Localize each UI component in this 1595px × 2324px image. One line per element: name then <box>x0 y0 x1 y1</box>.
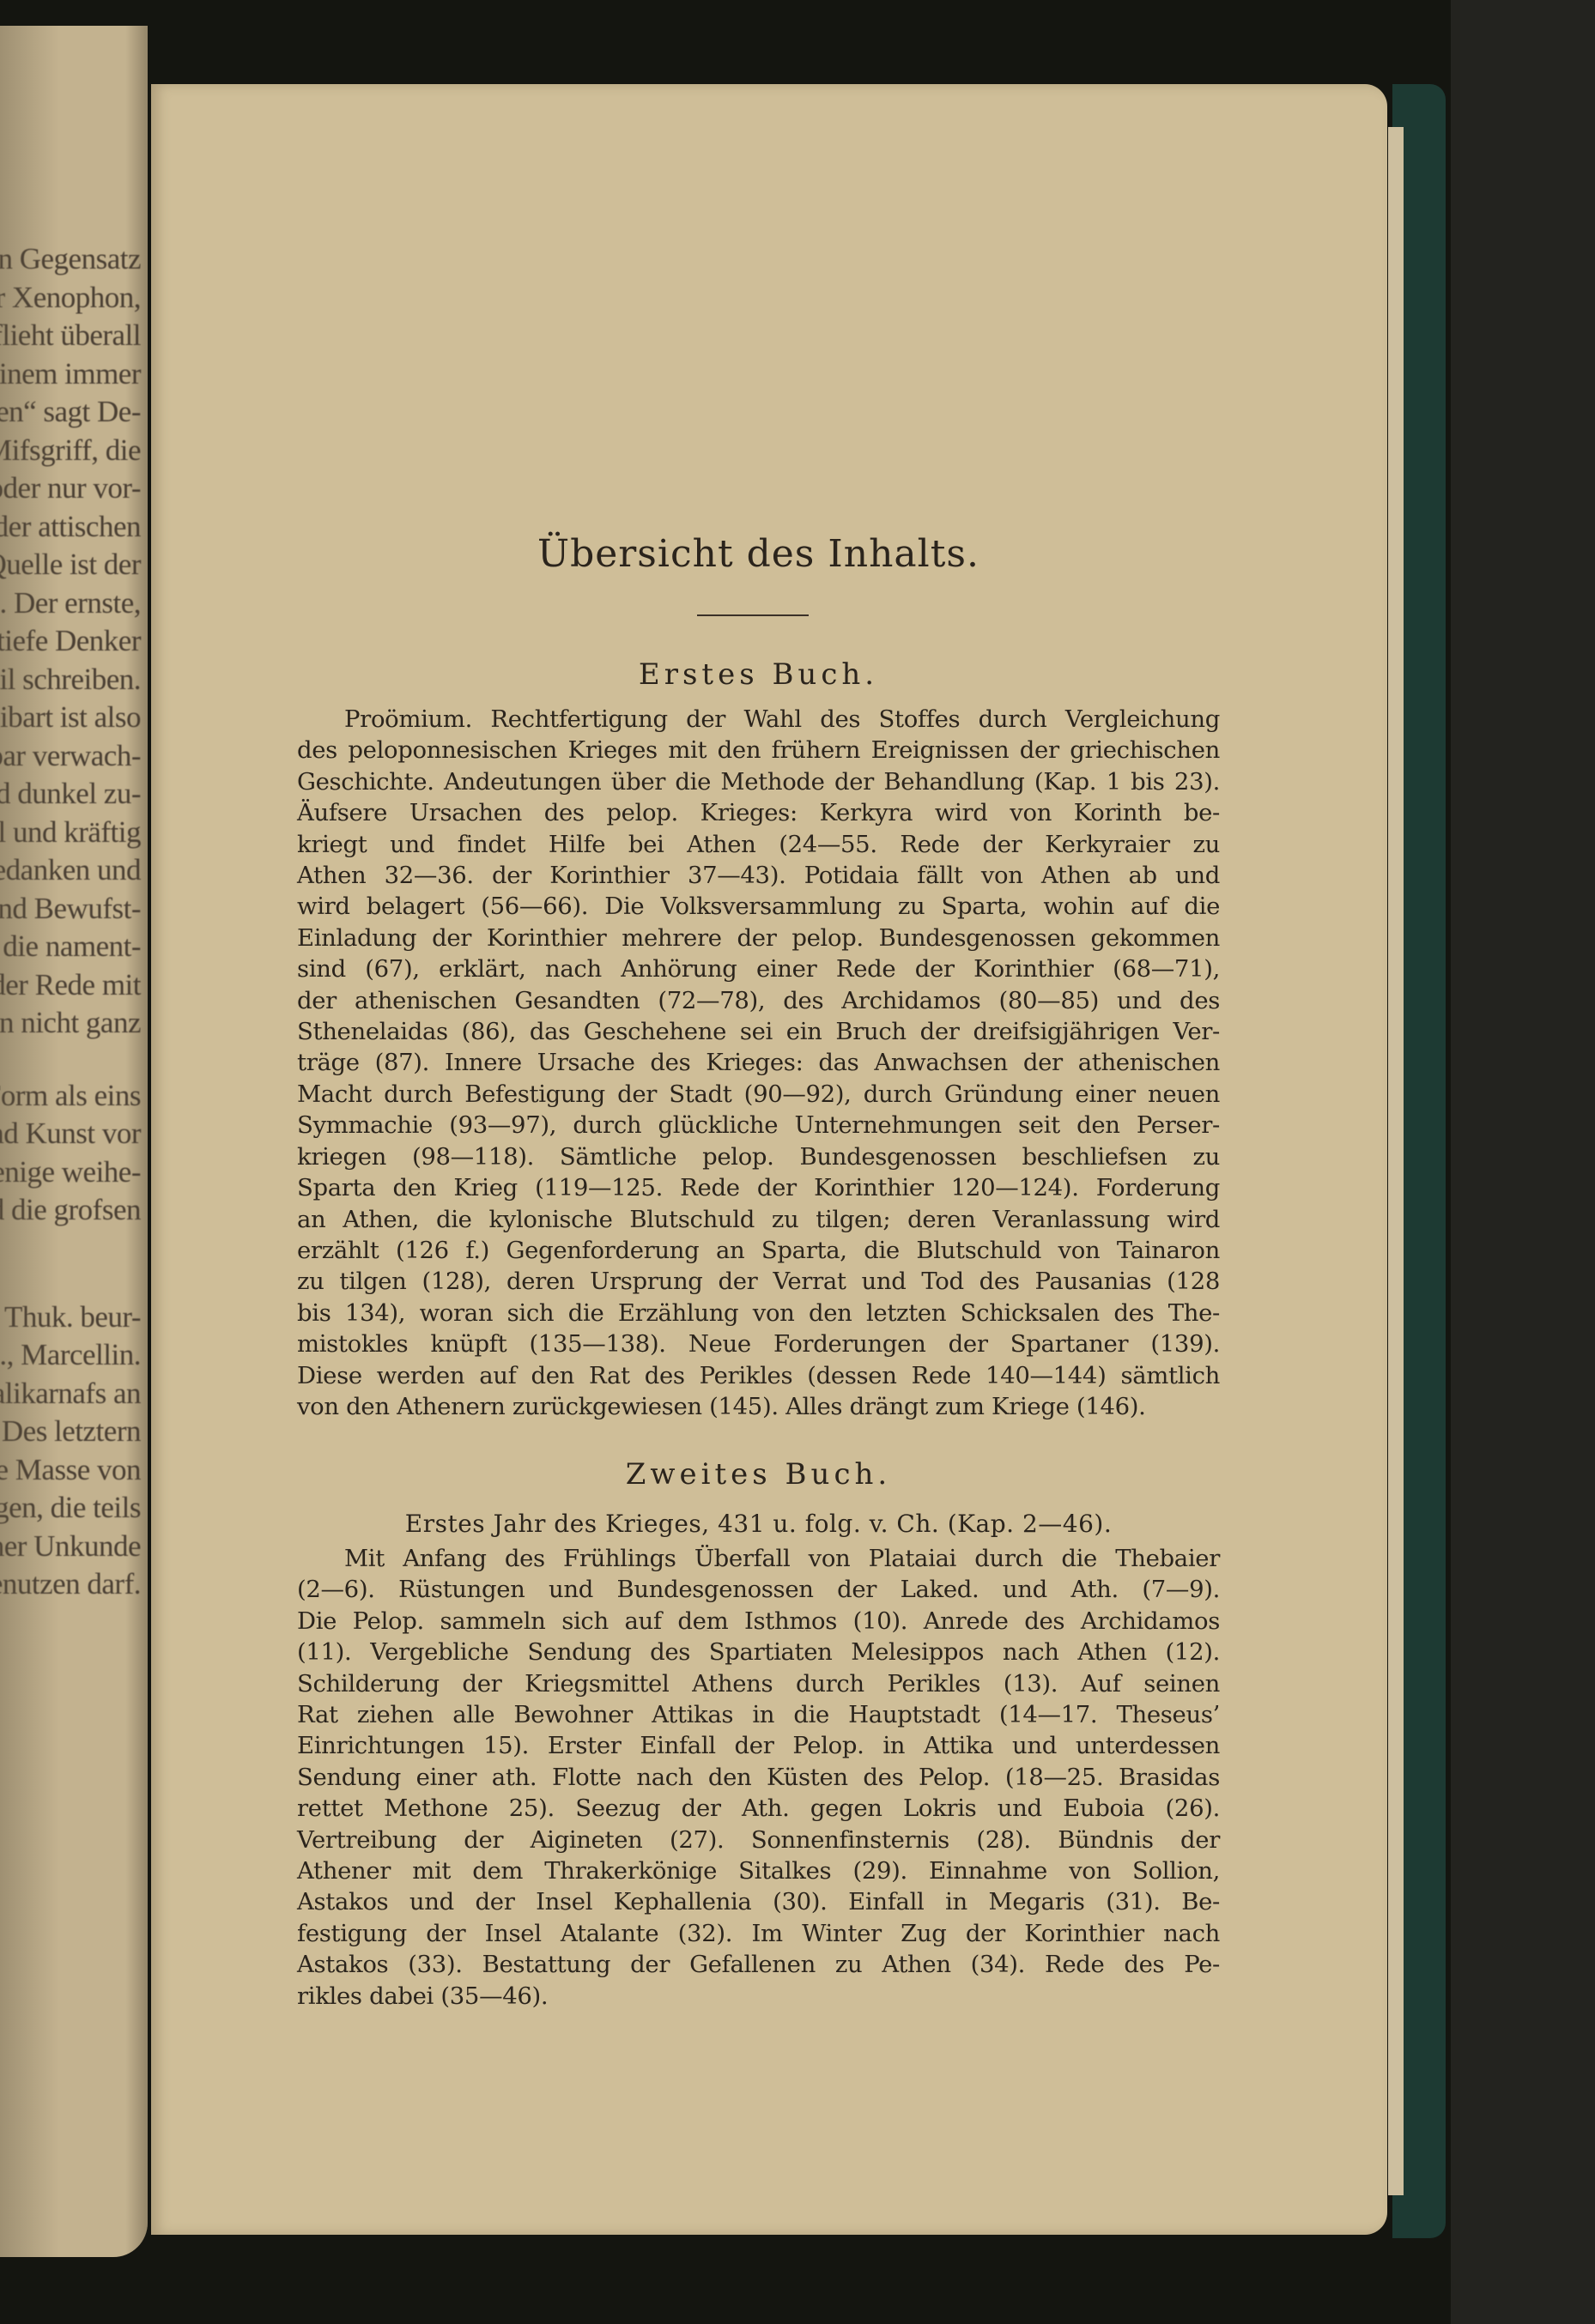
text-line: an Athen, die kylonische Blutschuld zu t… <box>297 1204 1220 1235</box>
book-heading-2: Zweites Buch. <box>297 1457 1220 1492</box>
page-block-edge <box>1388 127 1404 2195</box>
text-line: bis 134), woran sich die Erzählung von d… <box>297 1298 1220 1328</box>
text-line: Diese werden auf den Rat des Perikles (d… <box>297 1360 1220 1391</box>
text-line: kriegen (98—118). Sämtliche pelop. Bunde… <box>297 1141 1220 1172</box>
text-line: Sthenelaidas (86), das Geschehene sei ei… <box>297 1016 1220 1047</box>
text-line: Einladung der Korinthier mehrere der pel… <box>297 923 1220 953</box>
text-line: erzählt (126 f.) Gegenforderung an Spart… <box>297 1235 1220 1266</box>
text-line: Die Pelop. sammeln sich auf dem Isthmos … <box>297 1606 1220 1637</box>
book-2-subheading: Erstes Jahr des Krieges, 431 u. folg. v.… <box>297 1510 1220 1538</box>
text-line: festigung der Insel Atalante (32). Im Wi… <box>297 1918 1220 1949</box>
text-line: von den Athenern zurückgewiesen (145). A… <box>297 1391 1220 1422</box>
text-line: (2—6). Rüstungen und Bundesgenossen der … <box>297 1574 1220 1605</box>
text-line: Athener mit dem Thrakerkönige Sitalkes (… <box>297 1855 1220 1886</box>
text-line: der athenischen Gesandten (72—78), des A… <box>297 985 1220 1016</box>
text-line: kriegt und findet Hilfe bei Athen (24—55… <box>297 829 1220 860</box>
left-page: einen Gegensatzoder Xenophon,k. flieht ü… <box>0 26 148 2257</box>
text-line: mistokles knüpft (135—138). Neue Forderu… <box>297 1328 1220 1359</box>
text-line: Athen 32—36. der Korinthier 37—43). Poti… <box>297 860 1220 891</box>
text-line: Mit Anfang des Frühlings Überfall von Pl… <box>297 1543 1220 1574</box>
text-line: Äufsere Ursachen des pelop. Krieges: Ker… <box>297 797 1220 828</box>
right-page: Übersicht des Inhalts. Erstes Buch. Proö… <box>151 84 1387 2235</box>
text-line: rettet Methone 25). Seezug der Ath. gege… <box>297 1793 1220 1824</box>
text-line: Einrichtungen 15). Erster Einfall der Pe… <box>297 1730 1220 1761</box>
book-2-summary: Mit Anfang des Frühlings Überfall von Pl… <box>297 1543 1220 2012</box>
text-line: Schilderung der Kriegsmittel Athens durc… <box>297 1668 1220 1699</box>
text-line: Geschichte. Andeutungen über die Methode… <box>297 766 1220 797</box>
book-heading-1: Erstes Buch. <box>297 657 1220 692</box>
text-line: wird belagert (56—66). Die Volksversamml… <box>297 891 1220 922</box>
page-title: Übersicht des Inhalts. <box>297 532 1220 576</box>
text-line: träge (87). Innere Ursache des Krieges: … <box>297 1047 1220 1078</box>
title-divider <box>697 614 809 616</box>
text-line: zu tilgen (128), deren Ursprung der Verr… <box>297 1266 1220 1297</box>
text-line: Sparta den Krieg (119—125. Rede der Kori… <box>297 1172 1220 1203</box>
text-line: Rat ziehen alle Bewohner Attikas in die … <box>297 1699 1220 1730</box>
text-line: Macht durch Befestigung der Stadt (90—92… <box>297 1079 1220 1110</box>
text-line: (11). Vergebliche Sendung des Spartiaten… <box>297 1637 1220 1667</box>
text-line: rikles dabei (35—46). <box>297 1981 1220 2012</box>
text-line: Proömium. Rechtfertigung der Wahl des St… <box>297 704 1220 735</box>
book-1-summary: Proömium. Rechtfertigung der Wahl des St… <box>297 704 1220 1422</box>
text-line: Astakos (33). Bestattung der Gefallenen … <box>297 1949 1220 1980</box>
backdrop-cloth <box>1451 0 1595 2324</box>
text-line: des peloponnesischen Krieges mit den frü… <box>297 735 1220 766</box>
text-line: Sendung einer ath. Flotte nach den Küste… <box>297 1762 1220 1793</box>
text-line: Vertreibung der Aigineten (27). Sonnenfi… <box>297 1825 1220 1855</box>
text-line: sind (67), erklärt, nach Anhörung einer … <box>297 953 1220 984</box>
text-line: Symmachie (93—97), durch glückliche Unte… <box>297 1110 1220 1141</box>
left-page-shadow <box>0 26 148 2257</box>
text-line: Astakos und der Insel Kephallenia (30). … <box>297 1886 1220 1917</box>
